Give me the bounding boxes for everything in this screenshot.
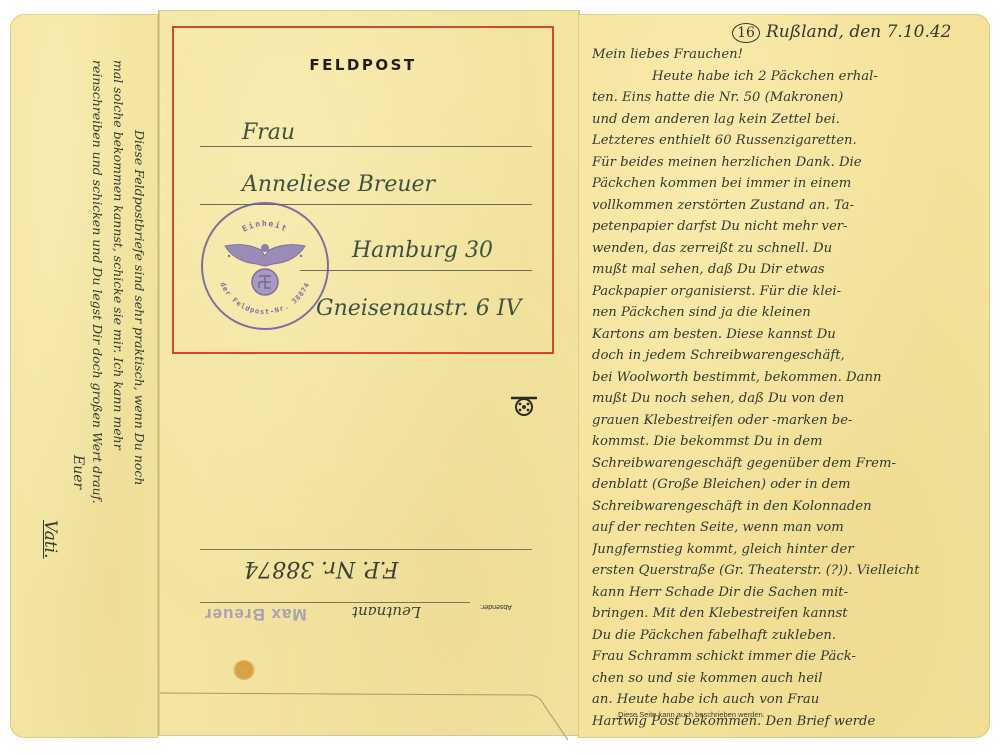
recipient-street: Gneisenaustr. 6 IV — [316, 296, 521, 321]
sender-rank: Leutnant — [352, 603, 421, 621]
letter-line: denblatt (Große Bleichen) oder in dem — [592, 474, 984, 496]
letter-line: wenden, das zerreißt zu schnell. Du — [592, 238, 984, 260]
letter-greeting: Mein liebes Frauchen! — [592, 44, 984, 66]
eagle-icon: Einheit der Feldpost-Nr. 38874 — [203, 204, 327, 328]
sender-name-stamp: Max Breuer — [204, 604, 307, 624]
sender-label: Absender: — [480, 603, 512, 610]
document-scan: FELDPOST Frau Anneliese Breuer Hamburg 3… — [0, 0, 1000, 755]
signature: Vati. — [40, 520, 60, 559]
bottom-flap-outline — [160, 665, 570, 740]
svg-text:Einheit: Einheit — [241, 219, 290, 234]
postscript-line: Diese Feldpostbriefe sind sehr praktisch… — [129, 60, 150, 504]
letter-line: Heute habe ich 2 Päckchen erhal- — [592, 66, 984, 88]
letter-line: Du die Päckchen fabelhaft zukleben. — [592, 625, 984, 647]
letter-line: kann Herr Schade Dir die Sachen mit- — [592, 582, 984, 604]
postal-emblem-icon — [509, 392, 539, 418]
letter-line: Schreibwarengeschäft in den Kolonnaden — [592, 496, 984, 518]
letter-line: mußt mal sehen, daß Du Dir etwas — [592, 259, 984, 281]
letter-line: Jungfernstieg kommt, gleich hinter der — [592, 539, 984, 561]
sender-line-2 — [200, 602, 470, 603]
letter-line: vollkommen zerstörten Zustand an. Ta- — [592, 195, 984, 217]
postscript-line: reinschreiben und schicken und Du legst … — [87, 60, 108, 504]
letter-line: an. Heute habe ich auch von Frau — [592, 689, 984, 711]
printed-footnote: Diese Seite kann auch beschrieben werden… — [618, 710, 765, 719]
letter-line: nen Päckchen sind ja die kleinen — [592, 302, 984, 324]
address-line-3 — [300, 270, 532, 271]
unit-stamp: Einheit der Feldpost-Nr. 38874 — [201, 202, 329, 330]
letter-line: mußt Du noch sehen, daß Du von den — [592, 388, 984, 410]
letter-line: Packpapier organisierst. Für die klei- — [592, 281, 984, 303]
sender-line-1 — [200, 549, 532, 550]
letter-number-badge: 16 — [732, 23, 760, 43]
letter-line: Schreibwarengeschäft gegenüber dem Frem- — [592, 453, 984, 475]
closing: Euer — [70, 455, 86, 489]
sender-feldpost-number: F.P. Nr. 38874 — [244, 556, 398, 581]
letter-line: doch in jedem Schreibwarengeschäft, — [592, 345, 984, 367]
letter-line: Päckchen kommen bei immer in einem — [592, 173, 984, 195]
letter-line: grauen Klebestreifen oder -marken be- — [592, 410, 984, 432]
recipient-name: Anneliese Breuer — [242, 172, 435, 197]
letter-line: Für beides meinen herzlichen Dank. Die — [592, 152, 984, 174]
postscript-line: mal solche bekommen kannst, schicke sie … — [108, 60, 129, 504]
letter-lines: Mein liebes Frauchen! Heute habe ich 2 P… — [592, 44, 984, 732]
feldpost-title: FELDPOST — [174, 56, 552, 74]
letter-line: petenpapier darfst Du nicht mehr ver- — [592, 216, 984, 238]
recipient-city: Hamburg 30 — [352, 238, 493, 263]
letter-line: bringen. Mit den Klebestreifen kannst — [592, 603, 984, 625]
letter-line: Frau Schramm schickt immer die Päck- — [592, 646, 984, 668]
letter-line: auf der rechten Seite, wenn man vom — [592, 517, 984, 539]
letter-line: Kartons am besten. Diese kannst Du — [592, 324, 984, 346]
address-line-1 — [200, 146, 532, 147]
letter-line: ersten Querstraße (Gr. Theaterstr. (?)).… — [592, 560, 984, 582]
letter-line: und dem anderen lag kein Zettel bei. — [592, 109, 984, 131]
letter-line: bei Woolworth bestimmt, bekommen. Dann — [592, 367, 984, 389]
letter-line: kommst. Die bekommst Du in dem — [592, 431, 984, 453]
recipient-salutation: Frau — [242, 120, 295, 145]
letter-place-date: Rußland, den 7.10.42 — [766, 22, 952, 42]
letter-line: Letzteres enthielt 60 Russenzigaretten. — [592, 130, 984, 152]
letter-header: 16Rußland, den 7.10.42 — [732, 22, 952, 43]
letter-line: ten. Eins hatte die Nr. 50 (Makronen) — [592, 87, 984, 109]
letter-line: chen so und sie kommen auch heil — [592, 668, 984, 690]
